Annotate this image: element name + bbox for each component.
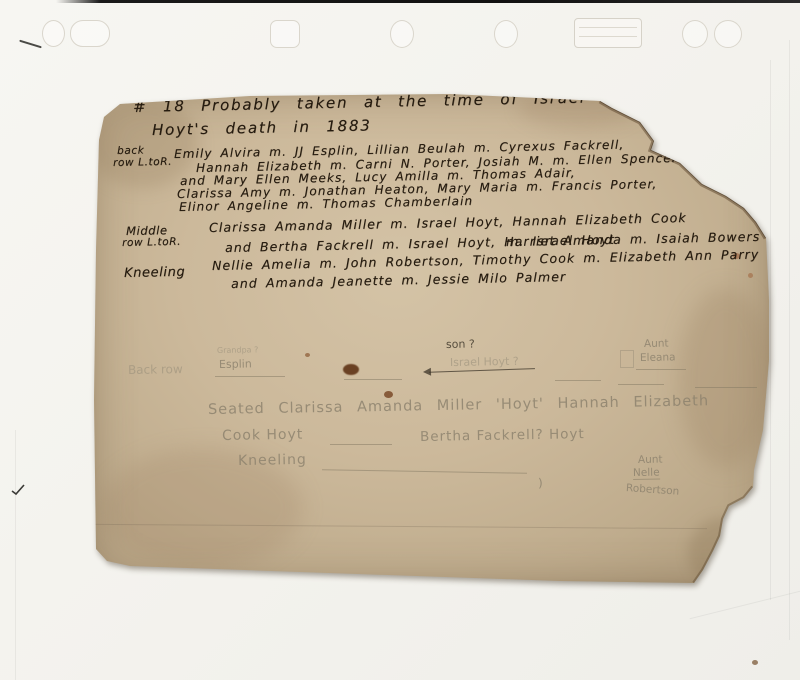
arrow-head-icon xyxy=(423,368,431,376)
pencil-aunt-bottom: Aunt xyxy=(638,454,663,466)
top-left-pen-stroke xyxy=(19,40,42,49)
pencil-nelle: Nelle xyxy=(633,467,660,480)
punch-hole-icon xyxy=(494,20,518,48)
pencil-eleana: Eleana xyxy=(640,351,676,364)
pencil-cook-hoyt: Cook Hoyt xyxy=(222,427,304,444)
bottom-right-crease xyxy=(690,590,800,620)
pencil-kneeling-label: Kneeling xyxy=(238,452,307,469)
punch-hole-icon xyxy=(70,20,110,47)
pencil-paren: ) xyxy=(538,476,543,490)
pencil-esplin: Esplin xyxy=(219,357,252,371)
pencil-son-note: son ? xyxy=(446,337,475,351)
pencil-blank-line xyxy=(215,376,285,377)
middle-row-label-2: row L.toR. xyxy=(122,236,181,249)
pencil-scribble-mark xyxy=(620,350,634,368)
arrow-line xyxy=(429,368,535,373)
pencil-blank-line xyxy=(330,444,392,445)
sheet-fold-line xyxy=(789,40,790,640)
tab-line xyxy=(579,36,637,37)
sheet-fold-line xyxy=(15,430,16,680)
paper-speck xyxy=(752,660,758,665)
scanned-album-page: # 18 Probably taken at the time of Israe… xyxy=(0,0,800,680)
pencil-back-row-label: Back row xyxy=(128,362,183,377)
scanner-top-edge xyxy=(56,0,800,3)
back-row-label-1: back xyxy=(117,144,145,157)
photo-back-card: # 18 Probably taken at the time of Israe… xyxy=(88,88,774,588)
pencil-blank-line xyxy=(344,379,402,380)
tab-line xyxy=(579,27,637,28)
pencil-blank-line xyxy=(618,384,664,385)
card-paper: # 18 Probably taken at the time of Israe… xyxy=(88,88,774,588)
pencil-blank-line xyxy=(636,369,686,370)
pencil-bertha-line: Bertha Fackrell? Hoyt xyxy=(420,426,585,445)
punch-hole-icon xyxy=(390,20,414,48)
punch-hole-icon xyxy=(42,20,65,47)
pencil-blank-line xyxy=(695,387,757,388)
pencil-grandpa-note: Grandpa ? xyxy=(217,345,258,355)
punch-hole-icon xyxy=(682,20,708,48)
back-row-label-2: row L.toR. xyxy=(113,156,172,169)
kneeling-label: Kneeling xyxy=(124,265,186,281)
pencil-aunt-top: Aunt xyxy=(644,338,669,350)
punch-hole-icon xyxy=(714,20,742,48)
pencil-blank-line xyxy=(555,380,601,381)
punch-hole-icon xyxy=(270,20,300,48)
reinforcement-tab xyxy=(574,18,642,48)
check-mark-artifact xyxy=(10,482,26,496)
